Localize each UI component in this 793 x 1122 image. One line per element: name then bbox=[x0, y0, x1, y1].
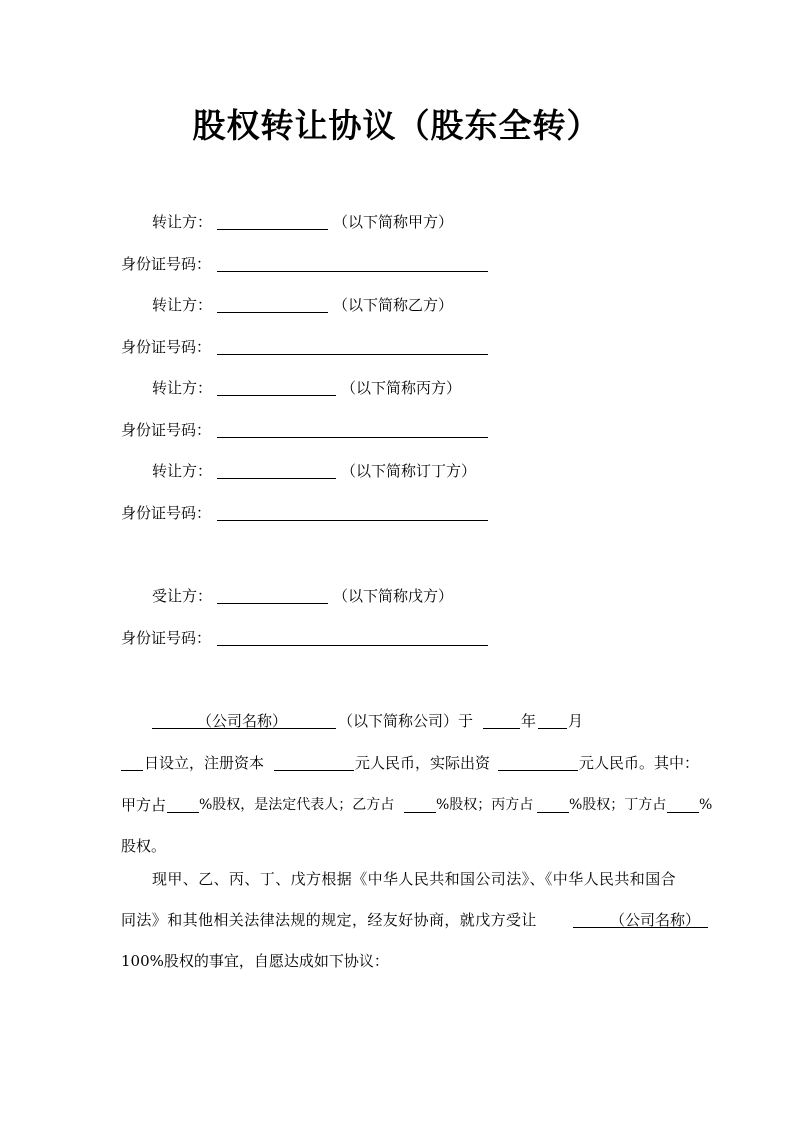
party-2-alias: （以下简称乙方） bbox=[333, 295, 453, 315]
paid-capital-field[interactable] bbox=[498, 770, 578, 771]
yi-share-text: %股权；丙方占 bbox=[436, 795, 533, 815]
year-label: 年 bbox=[521, 711, 536, 731]
jia-share-text: %股权，是法定代表人；乙方占 bbox=[199, 795, 394, 815]
transferee-id-label: 身份证号码： bbox=[121, 628, 211, 648]
party-3-id-label: 身份证号码： bbox=[121, 420, 211, 440]
share-end-text: 股权。 bbox=[121, 836, 166, 856]
party-1-role-label: 转让方： bbox=[152, 212, 212, 232]
party-1-name-field[interactable] bbox=[217, 229, 328, 230]
party-1-id-label: 身份证号码： bbox=[121, 254, 211, 274]
party-4-id-field[interactable] bbox=[217, 520, 488, 521]
company-name-placeholder: （公司名称） bbox=[197, 711, 287, 731]
document-page: 股权转让协议（股东全转） 转让方： （以下简称甲方） 身份证号码： 转让方： （… bbox=[0, 0, 793, 1122]
party-4-name-field[interactable] bbox=[217, 478, 336, 479]
yi-share-field[interactable] bbox=[404, 812, 436, 813]
jia-share-label: 甲方占 bbox=[121, 795, 166, 815]
day-field[interactable] bbox=[121, 770, 143, 771]
party-2-id-field[interactable] bbox=[217, 354, 488, 355]
ding-share-field[interactable] bbox=[667, 812, 699, 813]
party-3-name-field[interactable] bbox=[217, 395, 336, 396]
intro-line-2: 同法》和其他相关法律法规的规定，经友好协商，就戊方受让 bbox=[121, 910, 537, 930]
party-4-alias: （以下简称订丁方） bbox=[341, 461, 476, 481]
transferee-alias: （以下简称戊方） bbox=[333, 586, 453, 606]
jia-share-field[interactable] bbox=[167, 812, 199, 813]
bing-share-field[interactable] bbox=[537, 812, 569, 813]
month-label: 月 bbox=[568, 711, 583, 731]
party-3-alias: （以下简称丙方） bbox=[341, 378, 461, 398]
party-4-role-label: 转让方： bbox=[152, 461, 212, 481]
party-2-name-field[interactable] bbox=[217, 312, 328, 313]
intro-line-1: 现甲、乙、丙、丁、戊方根据《中华人民共和国公司法》、《中华人民共和国合 bbox=[152, 869, 676, 889]
ding-share-text: % bbox=[699, 795, 712, 815]
rmb-text-1: 元人民币，实际出资 bbox=[355, 753, 490, 773]
document-title: 股权转让协议（股东全转） bbox=[0, 104, 793, 148]
party-3-id-field[interactable] bbox=[217, 437, 488, 438]
party-2-role-label: 转让方： bbox=[152, 295, 212, 315]
party-1-alias: （以下简称甲方） bbox=[333, 212, 453, 232]
intro-line-3: 100%股权的事宜，自愿达成如下协议： bbox=[121, 951, 389, 971]
rmb-text-2: 元人民币。其中： bbox=[579, 753, 699, 773]
target-company-placeholder: （公司名称） bbox=[610, 910, 700, 930]
party-3-role-label: 转让方： bbox=[152, 378, 212, 398]
bing-share-text: %股权；丁方占 bbox=[569, 795, 666, 815]
party-4-id-label: 身份证号码： bbox=[121, 503, 211, 523]
registered-capital-field[interactable] bbox=[274, 770, 354, 771]
transferee-role-label: 受让方： bbox=[152, 586, 212, 606]
year-field[interactable] bbox=[483, 728, 520, 729]
company-alias-text: （以下简称公司）于 bbox=[338, 711, 473, 731]
month-field[interactable] bbox=[538, 728, 567, 729]
party-1-id-field[interactable] bbox=[217, 271, 488, 272]
transferee-name-field[interactable] bbox=[217, 603, 328, 604]
party-2-id-label: 身份证号码： bbox=[121, 337, 211, 357]
day-text: 日设立，注册资本 bbox=[144, 753, 264, 773]
transferee-id-field[interactable] bbox=[217, 645, 488, 646]
